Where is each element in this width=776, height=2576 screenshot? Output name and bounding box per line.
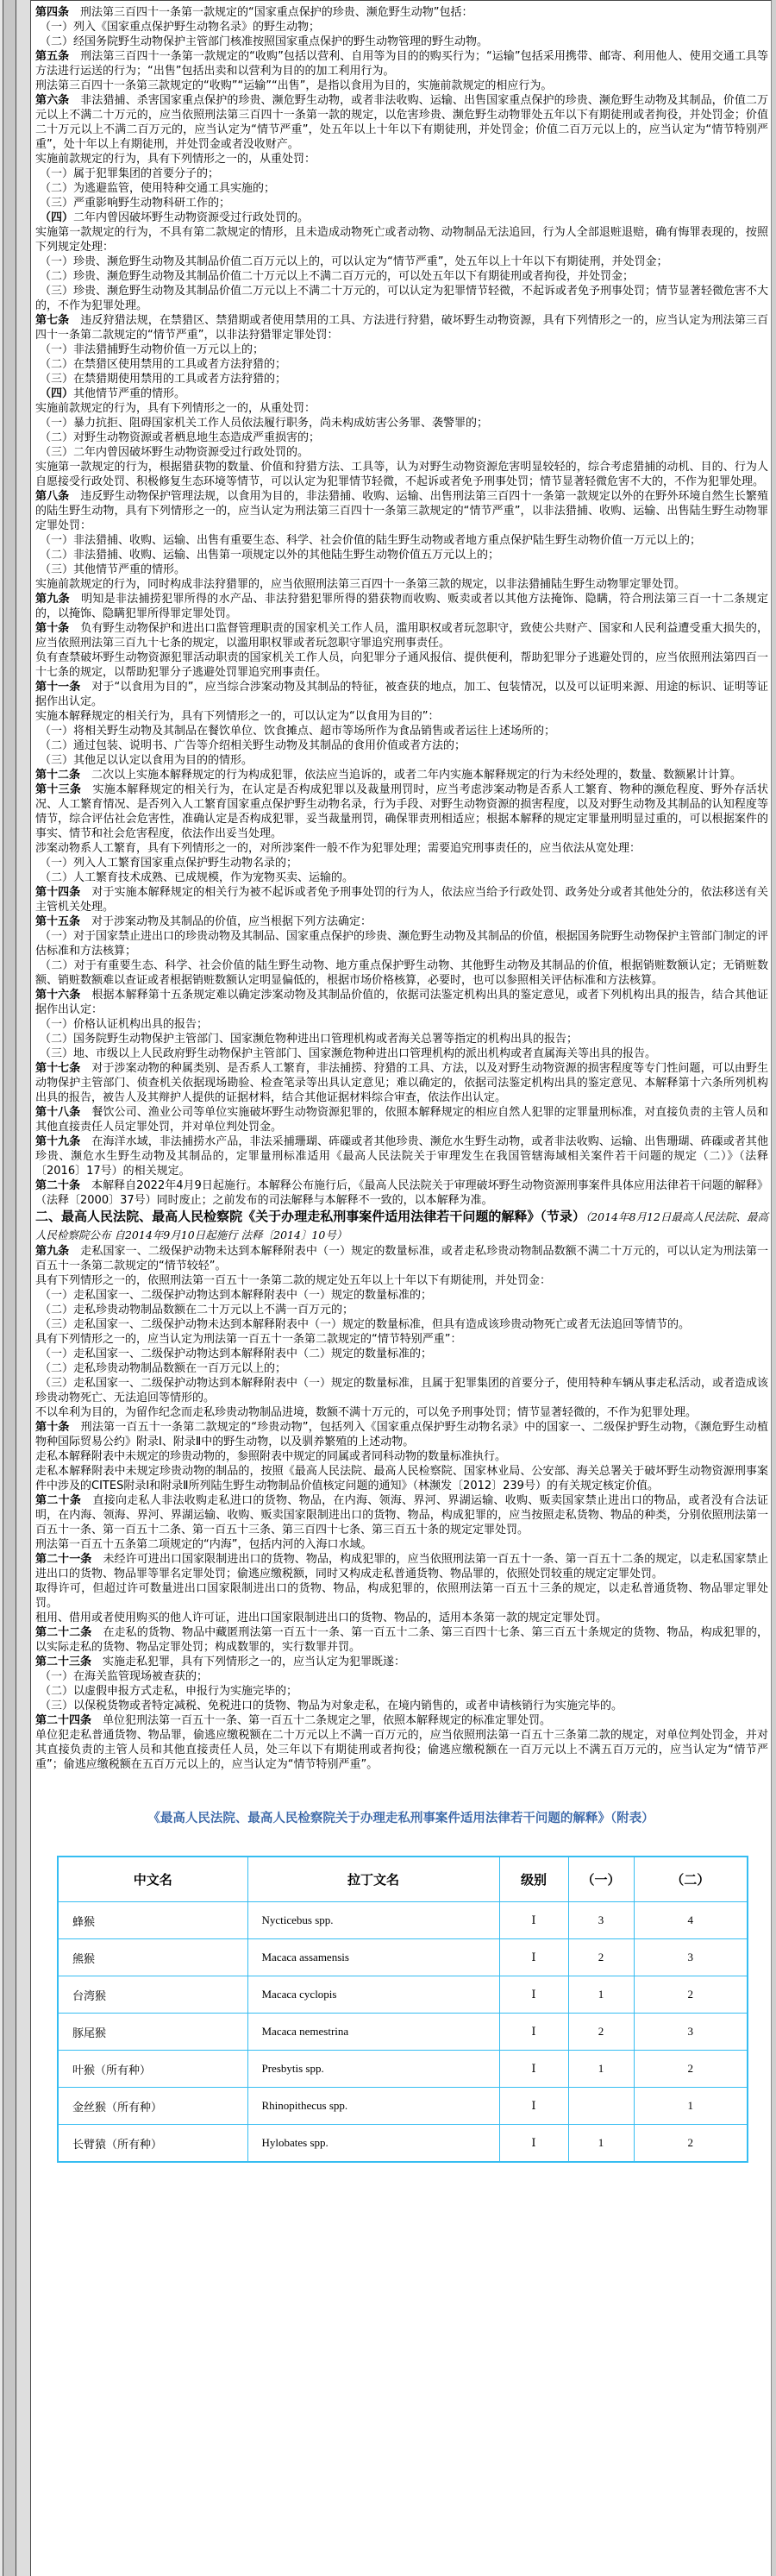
paragraph: （三）珍贵、濒危野生动物及其制品价值二万元以上不满二十万元的，可以认定为犯罪情节… — [35, 284, 768, 313]
table-body: 蜂猴Nycticebus spp.Ⅰ34熊猴Macaca assamensisⅠ… — [58, 1902, 748, 2163]
table-row: 金丝猴（所有种）Rhinopithecus spp.Ⅰ1 — [58, 2088, 748, 2125]
article-number: 第十六条 — [35, 989, 80, 1002]
cell-latin-name: Hylobates spp. — [247, 2125, 499, 2163]
paragraph: （三）二年内曾因破坏野生动物资源受过行政处罚的。 — [35, 445, 768, 460]
cell-latin-name: Macaca nemestrina — [247, 2014, 499, 2051]
paragraph: 涉案动物系人工繁育，具有下列情形之一的，对所涉案件一般不作为犯罪处理；需要追究刑… — [35, 841, 768, 856]
table-header-row: 中文名 拉丁文名 级别 （一） （二） — [58, 1857, 748, 1902]
page: 第四条 刑法第三百四十一条第一款规定的“国家重点保护的珍贵、濒危野生动物”包括：… — [0, 0, 776, 2576]
cell-qty-two: 1 — [634, 2088, 748, 2125]
paragraph: 实施前款规定的行为，具有下列情形之一的，从重处罚： — [35, 152, 768, 166]
left-middle-rail — [3, 0, 16, 2576]
paragraph: （一）在海关监管现场被查获的； — [35, 1669, 768, 1684]
content-frame: 第四条 刑法第三百四十一条第一款规定的“国家重点保护的珍贵、濒危野生动物”包括：… — [31, 0, 772, 2576]
paragraph: （一）走私国家一、二级保护动物达到本解释附表中（一）规定的数量标准的； — [35, 1288, 768, 1303]
article-number: 第十一条 — [35, 681, 80, 694]
article-paragraph: 第十条 刑法第一百五十一条第二款规定的“珍贵动物”，包括列入《国家重点保护野生动… — [35, 1420, 768, 1449]
cell-chinese-name: 台湾猴 — [58, 1976, 247, 2014]
article-number: （四） — [40, 211, 73, 224]
article-paragraph: 第八条 违反野生动物保护管理法规，以食用为目的，非法猎捕、收购、运输、出售刑法第… — [35, 489, 768, 533]
paragraph: （二）在禁猎区使用禁用的工具或者方法狩猎的； — [35, 357, 768, 372]
paragraph: 刑法第一百五十五条第二项规定的“内海”，包括内河的入海口水域。 — [35, 1537, 768, 1552]
article-paragraph: 第十条 负有野生动物保护和进出口监督管理职责的国家机关工作人员，滥用职权或者玩忽… — [35, 621, 768, 650]
paragraph: （一）列入人工繁育国家重点保护野生动物名录的； — [35, 856, 768, 870]
article-number: 第十四条 — [35, 886, 80, 899]
paragraph: （三）其他足以认定以食用为目的的情形。 — [35, 753, 768, 768]
paragraph: （三）以保税货物或者特定减税、免税进口的货物、物品为对象走私，在境内销售的，或者… — [35, 1699, 768, 1713]
paragraph: （二）珍贵、濒危野生动物及其制品价值二十万元以上不满二百万元的，可以处五年以下有… — [35, 269, 768, 284]
article-paragraph: 第二十条 本解释自2022年4月9日起施行。本解释公布施行后，《最高人民法院关于… — [35, 1178, 768, 1208]
article-number: 第十八条 — [35, 1106, 80, 1119]
header-latin-name: 拉丁文名 — [247, 1857, 499, 1902]
cell-latin-name: Nycticebus spp. — [247, 1902, 499, 1939]
article-paragraph: 第十四条 对于实施本解释规定的相关行为被不起诉或者免予刑事处罚的行为人，依法应当… — [35, 885, 768, 914]
paragraph: （三）走私国家一、二级保护动物未达到本解释附表中（一）规定的数量标准，但具有造成… — [35, 1317, 768, 1332]
paragraph: 负有查禁破坏野生动物资源犯罪活动职责的国家机关工作人员，向犯罪分子通风报信、提供… — [35, 650, 768, 680]
article-number: 第九条 — [35, 1245, 69, 1258]
article-paragraph: 第十八条 餐饮公司、渔业公司等单位实施破坏野生动物资源犯罪的，依照本解释规定的相… — [35, 1105, 768, 1134]
article-paragraph: 第二十四条 单位犯刑法第一百五十一条、第一百五十二条规定之罪，依照本解释规定的标… — [35, 1713, 768, 1728]
article-number: 第二十一条 — [35, 1553, 91, 1566]
cell-chinese-name: 叶猴（所有种） — [58, 2051, 247, 2088]
paragraph: 租用、借用或者使用购买的他人许可证，进出口国家限制进出口的货物、物品的，适用本条… — [35, 1611, 768, 1625]
paragraph: （一）珍贵、濒危野生动物及其制品价值二百万元以上的，可以认定为“情节严重”，处五… — [35, 254, 768, 269]
cell-qty-two: 2 — [634, 2125, 748, 2163]
article-number: 第十条 — [35, 622, 69, 635]
table-row: 台湾猴Macaca cyclopisⅠ12 — [58, 1976, 748, 2014]
article-paragraph: 第四条 刑法第三百四十一条第一款规定的“国家重点保护的珍贵、濒危野生动物”包括： — [35, 5, 768, 20]
cell-qty-one: 3 — [568, 1902, 634, 1939]
cell-qty-one: 2 — [568, 1939, 634, 1976]
header-col-two: （二） — [634, 1857, 748, 1902]
paragraph: （二）国务院野生动物保护主管部门、国家濒危物种进出口管理机构或者海关总署等指定的… — [35, 1032, 768, 1046]
article-number: 第二十二条 — [35, 1626, 91, 1639]
section-heading: 二、最高人民法院、最高人民检察院《关于办理走私刑事案件适用法律若干问题的解释》（… — [35, 1208, 768, 1244]
paragraph: （一）列入《国家重点保护野生动物名录》的野生动物； — [35, 20, 768, 35]
cell-level: Ⅰ — [499, 1976, 568, 2014]
paragraph: 实施第一款规定的行为，不具有第二款规定的情形，且未造成动物死亡或者动物、动物制品… — [35, 225, 768, 254]
paragraph: （一）将相关野生动物及其制品在餐饮单位、饮食摊点、超市等场所作为食品销售或者运往… — [35, 724, 768, 738]
paragraph: 实施本解释规定的相关行为，具有下列情形之一的，可以认定为“以食用为目的”： — [35, 709, 768, 724]
paragraph: 不以牟利为目的，为留作纪念而走私珍贵动物制品进境，数额不满十万元的，可以免予刑事… — [35, 1405, 768, 1420]
paragraph: （三）在禁猎期使用禁用的工具或者方法狩猎的； — [35, 372, 768, 386]
paragraph: 刑法第三百四十一条第三款规定的“收购”“运输”“出售”，是指以食用为目的，实施前… — [35, 79, 768, 93]
paragraph: （四）二年内曾因破坏野生动物资源受过行政处罚的。 — [35, 210, 768, 225]
cell-latin-name: Presbytis spp. — [247, 2051, 499, 2088]
table-row: 叶猴（所有种）Presbytis spp.Ⅰ12 — [58, 2051, 748, 2088]
paragraph: （二）为逃避监管，使用特种交通工具实施的； — [35, 181, 768, 196]
article-paragraph: 第二十二条 在走私的货物、物品中藏匿刑法第一百五十一条、第一百五十二条、第三百四… — [35, 1625, 768, 1655]
article-paragraph: 第十九条 在海洋水域，非法捕捞水产品，非法采捕珊瑚、砗磲或者其他珍贵、濒危水生野… — [35, 1134, 768, 1178]
paragraph: 取得许可，但超过许可数量进出口国家限制进出口的货物、物品，构成犯罪的，依照刑法第… — [35, 1581, 768, 1611]
paragraph: （二）通过包装、说明书、广告等介绍相关野生动物及其制品的食用价值或者方法的； — [35, 738, 768, 753]
paragraph: （四）其他情节严重的情形。 — [35, 386, 768, 401]
document-body: 第四条 刑法第三百四十一条第一款规定的“国家重点保护的珍贵、濒危野生动物”包括：… — [31, 1, 771, 1772]
paragraph: 实施第一款规定的行为，根据猎获物的数量、价值和狩猎方法、工具等，认为对野生动物资… — [35, 460, 768, 489]
paragraph: 走私本解释附表中未规定的珍贵动物的，参照附表中规定的同属或者同科动物的数量标准执… — [35, 1449, 768, 1464]
article-paragraph: 第十三条 实施本解释规定的相关行为，在认定是否构成犯罪以及裁量刑罚时，应当考虑涉… — [35, 782, 768, 841]
paragraph: （二）非法猎捕、收购、运输、出售第一项规定以外的其他陆生野生动物价值五万元以上的… — [35, 548, 768, 562]
paragraph: （三）地、市级以上人民政府野生动物保护主管部门、国家濒危物种进出口管理机构的派出… — [35, 1046, 768, 1061]
cell-qty-two: 3 — [634, 2014, 748, 2051]
article-paragraph: 第十五条 对于涉案动物及其制品的价值，应当根据下列方法确定： — [35, 914, 768, 929]
cell-level: Ⅰ — [499, 1902, 568, 1939]
paragraph: （二）经国务院野生动物保护主管部门核准按照国家重点保护的野生动物管理的野生动物。 — [35, 35, 768, 49]
article-paragraph: 第十一条 对于“以食用为目的”，应当综合涉案动物及其制品的特征，被查获的地点，加… — [35, 680, 768, 709]
article-number: 第九条 — [35, 593, 70, 606]
paragraph: （二）对于有重要生态、科学、社会价值的陆生野生动物、地方重点保护野生动物、其他野… — [35, 958, 768, 988]
cell-chinese-name: 豚尾猴 — [58, 2014, 247, 2051]
cell-chinese-name: 金丝猴（所有种） — [58, 2088, 247, 2125]
article-paragraph: 第十六条 根据本解释第十五条规定难以确定涉案动物及其制品价值的，依据司法鉴定机构… — [35, 988, 768, 1017]
cell-level: Ⅰ — [499, 1939, 568, 1976]
cell-qty-one: 1 — [568, 2125, 634, 2163]
article-paragraph: 第二十三条 实施走私犯罪，具有下列情形之一的，应当认定为犯罪既遂： — [35, 1655, 768, 1669]
article-number: 第二十三条 — [35, 1656, 91, 1668]
paragraph: （二）以虚假申报方式走私，申报行为实施完毕的； — [35, 1684, 768, 1699]
article-number: 第四条 — [35, 6, 69, 19]
article-number: 第十条 — [35, 1421, 70, 1434]
paragraph: （二）人工繁育技术成熟、已成规模，作为宠物买卖、运输的。 — [35, 870, 768, 885]
paragraph: （三）其他情节严重的情形。 — [35, 562, 768, 577]
paragraph: 实施前款规定的行为，具有下列情形之一的，从重处罚： — [35, 401, 768, 416]
paragraph: （一）非法猎捕野生动物价值一万元以上的； — [35, 342, 768, 357]
header-col-one: （一） — [568, 1857, 634, 1902]
article-paragraph: 第十二条 二次以上实施本解释规定的行为构成犯罪，依法应当追诉的，或者二年内实施本… — [35, 768, 768, 782]
cell-chinese-name: 蜂猴 — [58, 1902, 247, 1939]
paragraph: （二）对野生动物资源或者栖息地生态造成严重损害的； — [35, 430, 768, 445]
paragraph: 单位犯走私普通货物、物品罪，偷逃应缴税额在二十万元以上不满一百万元的，应当依照刑… — [35, 1728, 768, 1772]
header-level: 级别 — [499, 1857, 568, 1902]
paragraph: （三）严重影响野生动物科研工作的； — [35, 196, 768, 210]
cell-level: Ⅰ — [499, 2125, 568, 2163]
paragraph: （一）暴力抗拒、阻碍国家机关工作人员依法履行职务，尚未构成妨害公务罪、袭警罪的； — [35, 416, 768, 430]
table-row: 蜂猴Nycticebus spp.Ⅰ34 — [58, 1902, 748, 1939]
article-number: 第六条 — [35, 94, 69, 107]
article-number: （四） — [40, 387, 73, 400]
article-paragraph: 第九条 明知是非法捕捞犯罪所得的水产品、非法狩猎犯罪所得的猎获物而收购、贩卖或者… — [35, 592, 768, 621]
article-number: 第二十条 — [35, 1494, 81, 1507]
cell-qty-two: 2 — [634, 1976, 748, 2014]
appendix-table: 中文名 拉丁文名 级别 （一） （二） 蜂猴Nycticebus spp.Ⅰ34… — [57, 1856, 748, 2163]
table-header: 中文名 拉丁文名 级别 （一） （二） — [58, 1857, 748, 1902]
paragraph: （二）走私珍贵动物制品数额在一百万元以上的； — [35, 1361, 768, 1376]
paragraph: （一）价格认证机构出具的报告； — [35, 1017, 768, 1032]
article-number: 第十二条 — [35, 769, 80, 782]
cell-qty-two: 2 — [634, 2051, 748, 2088]
cell-qty-two: 4 — [634, 1902, 748, 1939]
paragraph: 具有下列情形之一的，依照刑法第一百五十一条第二款的规定处五年以上十年以下有期徒刑… — [35, 1273, 768, 1288]
article-paragraph: 第六条 非法猎捕、杀害国家重点保护的珍贵、濒危野生动物，或者非法收购、运输、出售… — [35, 93, 768, 152]
paragraph: 走私本解释附表中未规定珍贵动物的制品的，按照《最高人民法院、最高人民检察院、国家… — [35, 1464, 768, 1493]
cell-latin-name: Macaca cyclopis — [247, 1976, 499, 2014]
article-paragraph: 第七条 违反狩猎法规，在禁猎区、禁猎期或者使用禁用的工具、方法进行狩猎，破坏野生… — [35, 313, 768, 342]
article-number: 第八条 — [35, 490, 69, 503]
paragraph: （一）对于国家禁止进出口的珍贵动物及其制品、国家重点保护的珍贵、濒危野生动物及其… — [35, 929, 768, 958]
cell-level: Ⅰ — [499, 2051, 568, 2088]
cell-level: Ⅰ — [499, 2014, 568, 2051]
article-number: 第十三条 — [35, 783, 81, 796]
header-chinese-name: 中文名 — [58, 1857, 247, 1902]
article-paragraph: 第九条 走私国家一、二级保护动物未达到本解释附表中（一）规定的数量标准，或者走私… — [35, 1244, 768, 1273]
paragraph: 实施前款规定的行为，同时构成非法狩猎罪的，应当依照刑法第三百四十一条第三款的规定… — [35, 577, 768, 592]
cell-chinese-name: 长臂猿（所有种） — [58, 2125, 247, 2163]
article-number: 第二十条 — [35, 1179, 80, 1192]
table-row: 长臂猿（所有种）Hylobates spp.Ⅰ12 — [58, 2125, 748, 2163]
cell-qty-one: 1 — [568, 2051, 634, 2088]
paragraph: （一）非法猎捕、收购、运输、出售有重要生态、科学、社会价值的陆生野生动物或者地方… — [35, 533, 768, 548]
article-paragraph: 第十七条 对于涉案动物的种属类别、是否系人工繁育，非法捕捞、狩猎的工具、方法，以… — [35, 1061, 768, 1105]
cell-qty-one: 2 — [568, 2014, 634, 2051]
cell-level: Ⅰ — [499, 2088, 568, 2125]
article-number: 第十七条 — [35, 1062, 80, 1075]
table-row: 豚尾猴Macaca nemestrinaⅠ23 — [58, 2014, 748, 2051]
article-number: 二、最高人民法院、最高人民检察院《关于办理走私刑事案件适用法律若干问题的解释》（… — [35, 1209, 585, 1224]
article-number: 第十九条 — [35, 1135, 80, 1148]
paragraph: （一）属于犯罪集团的首要分子的； — [35, 166, 768, 181]
paragraph: 具有下列情形之一的，应当认定为刑法第一百五十一条第二款规定的“情节特别严重”： — [35, 1332, 768, 1347]
article-paragraph: 第二十一条 未经许可进出口国家限制进出口的货物、物品，构成犯罪的，应当依照刑法第… — [35, 1552, 768, 1581]
article-number: 第五条 — [35, 50, 69, 63]
cell-latin-name: Macaca assamensis — [247, 1939, 499, 1976]
article-number: 第七条 — [35, 314, 69, 327]
paragraph: （一）走私国家一、二级保护动物达到本解释附表中（二）规定的数量标准的； — [35, 1347, 768, 1361]
table-row: 熊猴Macaca assamensisⅠ23 — [58, 1939, 748, 1976]
cell-chinese-name: 熊猴 — [58, 1939, 247, 1976]
paragraph: （二）走私珍贵动物制品数额在二十万元以上不满一百万元的； — [35, 1303, 768, 1317]
appendix-title: 《最高人民法院、最高人民检察院关于办理走私刑事案件适用法律若干问题的解释》（附表… — [40, 1808, 762, 1826]
left-inner-rail — [16, 0, 31, 2576]
paragraph: （三）走私国家一、二级保护动物达到本解释附表中（一）规定的数量标准，且属于犯罪集… — [35, 1376, 768, 1405]
cell-latin-name: Rhinopithecus spp. — [247, 2088, 499, 2125]
cell-qty-one: 1 — [568, 1976, 634, 2014]
article-number: 第十五条 — [35, 915, 80, 928]
cell-qty-one — [568, 2088, 634, 2125]
article-paragraph: 第五条 刑法第三百四十一条第一款规定的“收购”包括以营利、自用等为目的的购买行为… — [35, 49, 768, 79]
article-paragraph: 第二十条 直接向走私人非法收购走私进口的货物、物品，在内海、领海、界河、界湖运输… — [35, 1493, 768, 1537]
cell-qty-two: 3 — [634, 1939, 748, 1976]
article-number: 第二十四条 — [35, 1714, 91, 1727]
